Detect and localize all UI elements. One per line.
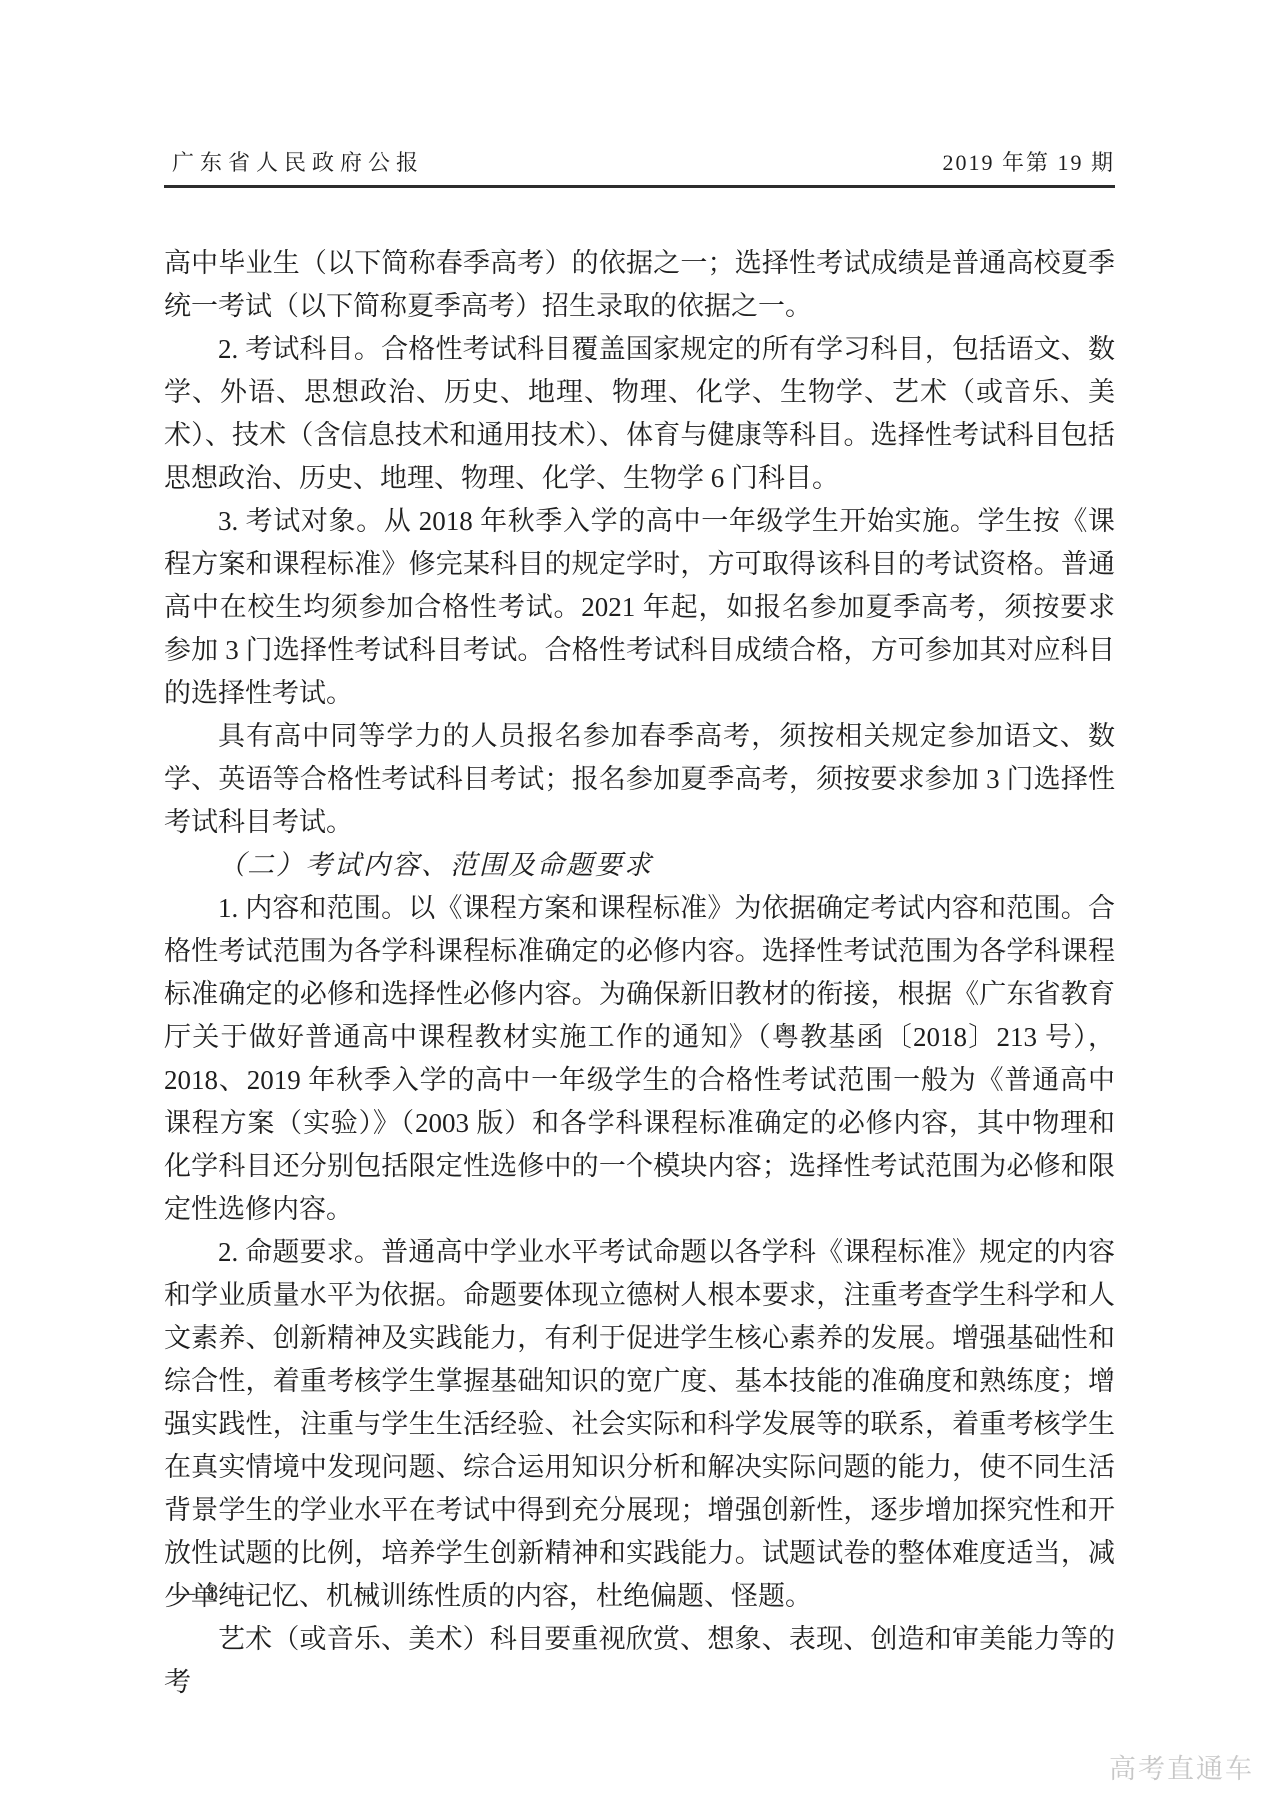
document-body: 高中毕业生（以下简称春季高考）的依据之一；选择性考试成绩是普通高校夏季统一考试（… — [164, 242, 1115, 1704]
paragraph-content-and-scope: 1. 内容和范围。以《课程方案和课程标准》为依据确定考试内容和范围。合格性考试范… — [164, 887, 1115, 1231]
section-heading-exam-content-scope: （二）考试内容、范围及命题要求 — [164, 844, 1115, 887]
paragraph-continuation-spring-exam: 高中毕业生（以下简称春季高考）的依据之一；选择性考试成绩是普通高校夏季统一考试（… — [164, 242, 1115, 328]
paragraph-proposition-requirements: 2. 命题要求。普通高中学业水平考试命题以各学科《课程标准》规定的内容和学业质量… — [164, 1231, 1115, 1618]
running-header-issue-number: 2019 年第 19 期 — [942, 146, 1115, 177]
paragraph-equivalent-qualification: 具有高中同等学力的人员报名参加春季高考，须按相关规定参加语文、数学、英语等合格性… — [164, 715, 1115, 844]
paragraph-exam-targets: 3. 考试对象。从 2018 年秋季入学的高中一年级学生开始实施。学生按《课程方… — [164, 500, 1115, 715]
gazette-document-page: 广东省人民政府公报 2019 年第 19 期 高中毕业生（以下简称春季高考）的依… — [0, 0, 1280, 1810]
page-number: — 8 — — [172, 1580, 256, 1606]
paragraph-exam-subjects: 2. 考试科目。合格性考试科目覆盖国家规定的所有学习科目，包括语文、数学、外语、… — [164, 328, 1115, 500]
watermark-gaokao-zhitongche: 高考直通车 — [1109, 1747, 1254, 1786]
running-header-publication-title: 广东省人民政府公报 — [172, 146, 424, 177]
header-rule-divider — [164, 185, 1115, 188]
paragraph-art-subject-partial: 艺术（或音乐、美术）科目要重视欣赏、想象、表现、创造和审美能力等的考 — [164, 1618, 1115, 1704]
